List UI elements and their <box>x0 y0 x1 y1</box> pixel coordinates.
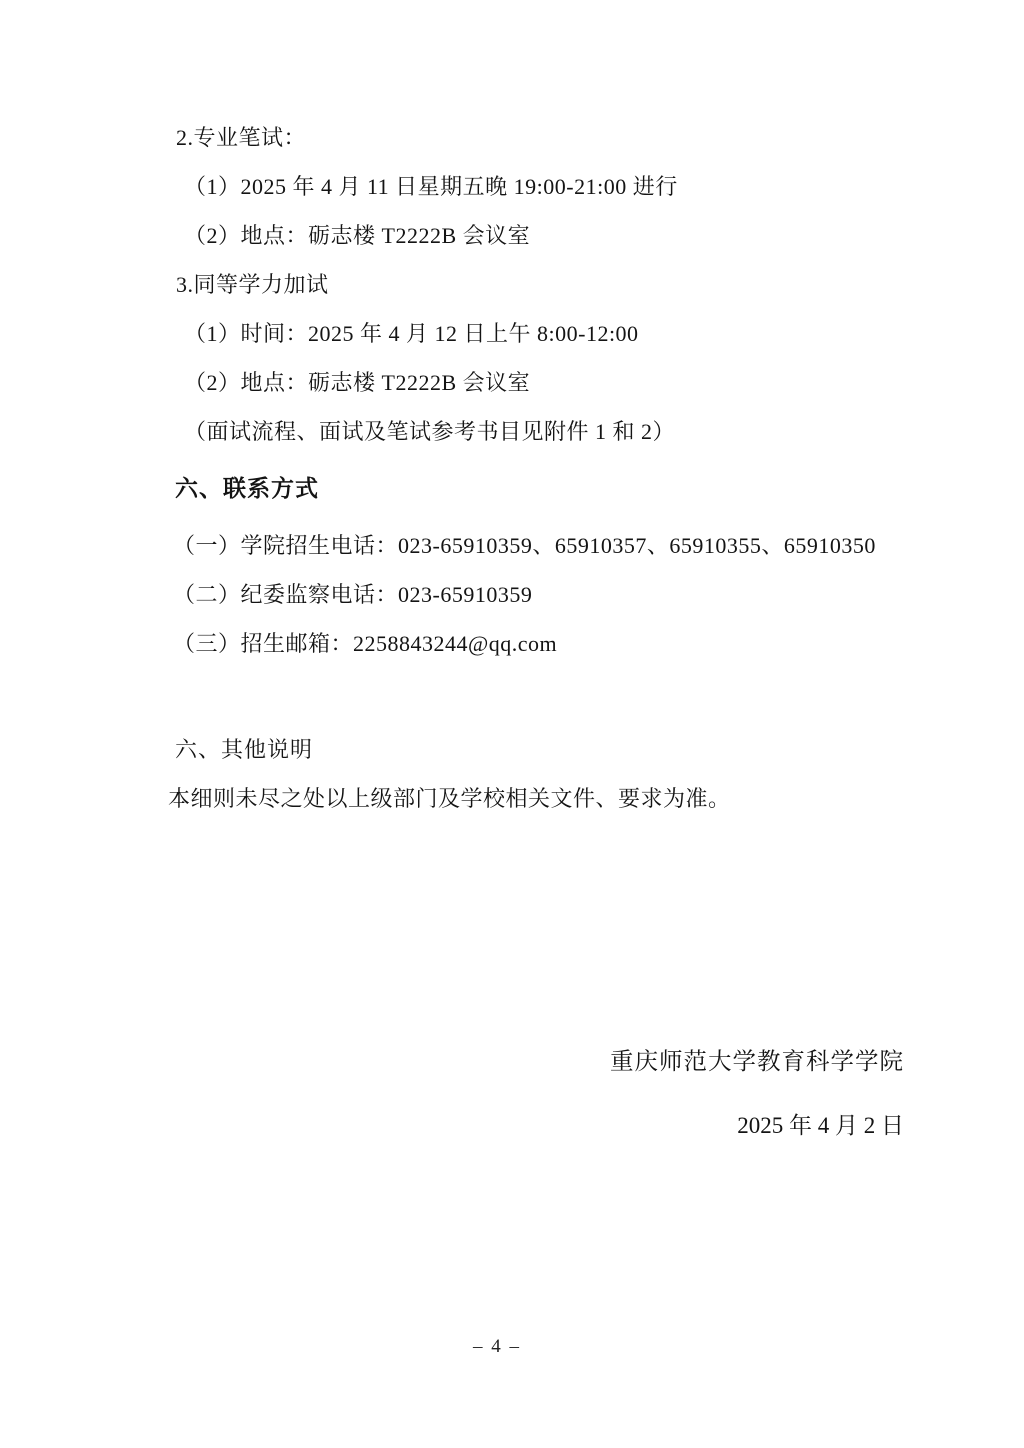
contact-admission-phone: （一）学院招生电话：023-65910359、65910357、65910355… <box>168 521 904 570</box>
document-page: 2.专业笔试： （1）2025 年 4 月 11 日星期五晚 19:00-21:… <box>0 0 1024 1448</box>
contact-admission-email: （三）招生邮箱：2258843244@qq.com <box>168 619 904 668</box>
equivalency-test-heading: 3.同等学力加试 <box>168 260 904 309</box>
contact-discipline-phone: （二）纪委监察电话：023-65910359 <box>168 570 904 619</box>
other-section-heading: 六、其他说明 <box>168 725 904 774</box>
equivalency-test-location: （2）地点：砺志楼 T2222B 会议室 <box>168 358 904 407</box>
signature-date: 2025 年 4 月 2 日 <box>168 1101 904 1150</box>
contact-section-heading: 六、联系方式 <box>168 464 904 513</box>
written-test-time: （1）2025 年 4 月 11 日星期五晚 19:00-21:00 进行 <box>168 162 904 211</box>
attachment-note: （面试流程、面试及笔试参考书目见附件 1 和 2） <box>168 407 904 456</box>
equivalency-test-time: （1）时间：2025 年 4 月 12 日上午 8:00-12:00 <box>168 309 904 358</box>
other-section-note: 本细则未尽之处以上级部门及学校相关文件、要求为准。 <box>168 774 904 823</box>
written-test-heading: 2.专业笔试： <box>168 113 904 162</box>
contact-section: （一）学院招生电话：023-65910359、65910357、65910355… <box>168 521 904 668</box>
signature-block: 重庆师范大学教育科学学院 2025 年 4 月 2 日 <box>168 1038 904 1150</box>
signature-organization: 重庆师范大学教育科学学院 <box>168 1038 904 1087</box>
page-number: – 4 – <box>0 1336 994 1358</box>
written-test-location: （2）地点：砺志楼 T2222B 会议室 <box>168 211 904 260</box>
